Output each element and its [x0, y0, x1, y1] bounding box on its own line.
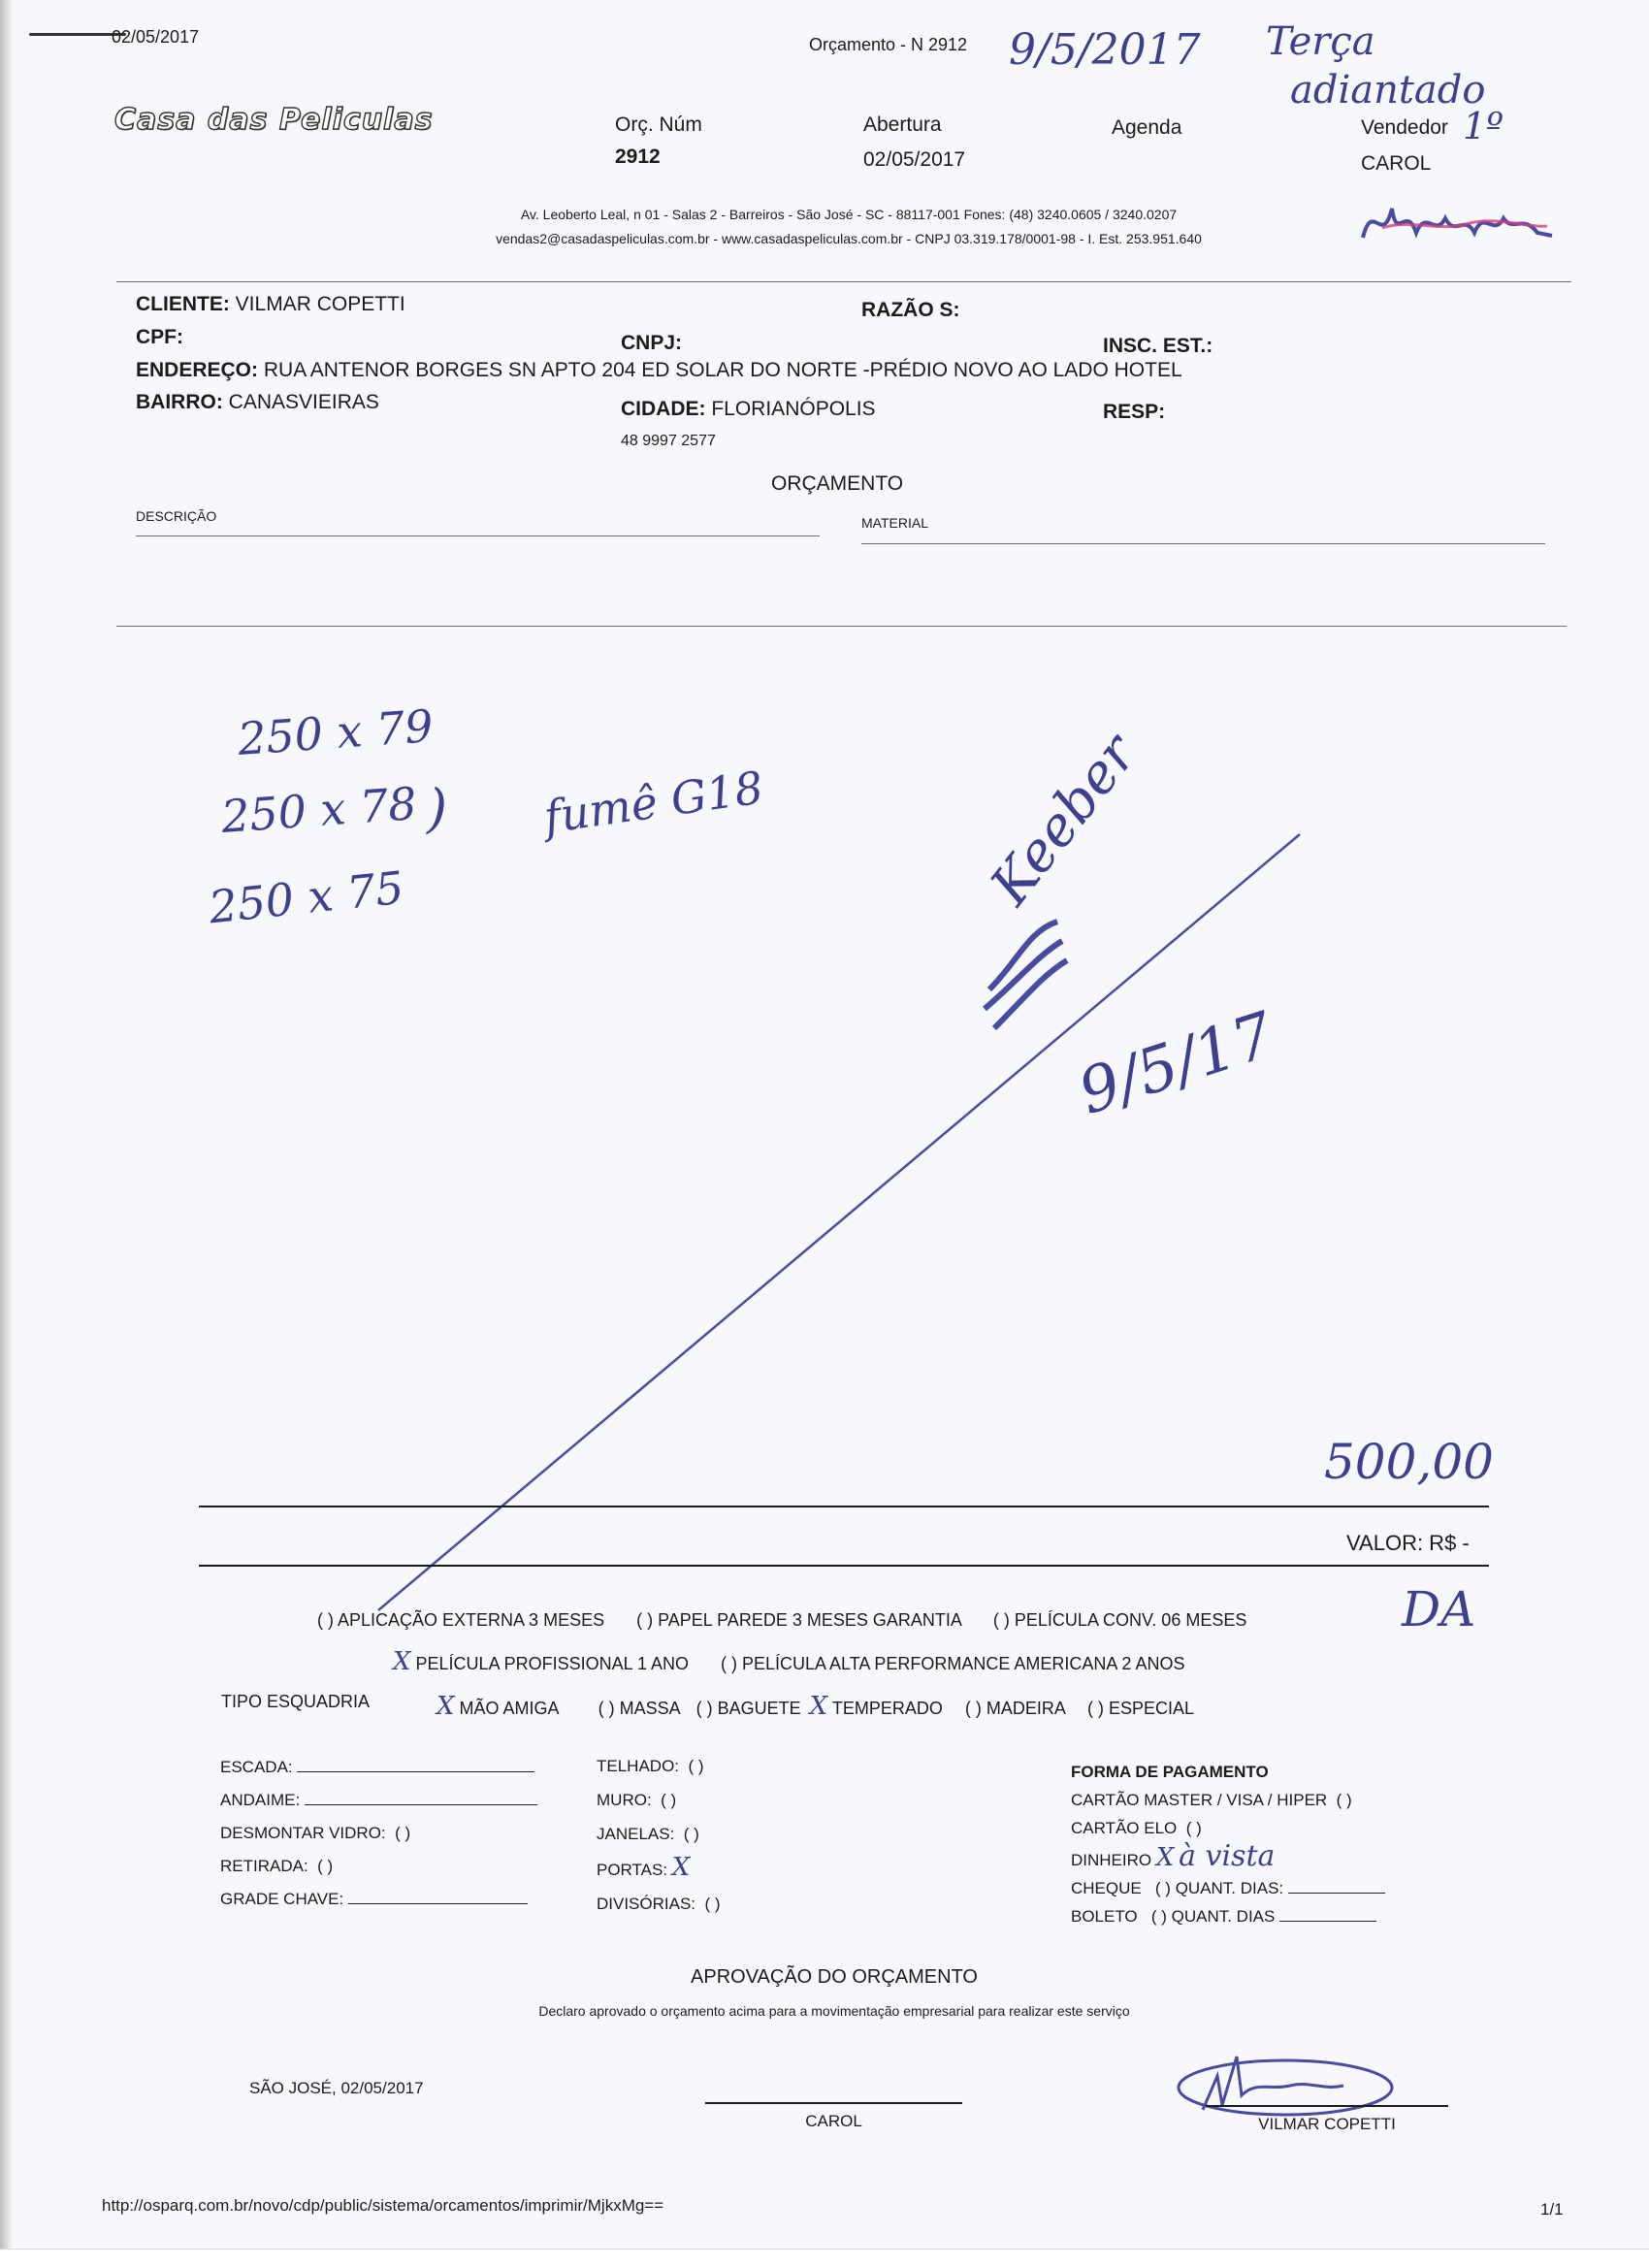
cidade-label: CIDADE: — [621, 398, 706, 420]
client-phone: 48 9997 2577 — [621, 433, 716, 450]
seller-signature-name: CAROL — [705, 2112, 962, 2131]
extras-mid: TELHADO: ( ) MURO: ( ) JANELAS: ( ) PORT… — [597, 1749, 721, 1921]
x-mark-icon: X — [1156, 1843, 1175, 1872]
warranty-row-1: ( ) APLICAÇÃO EXTERNA 3 MESES ( ) PAPEL … — [317, 1610, 1246, 1631]
company-contact: vendas2@casadaspeliculas.com.br - www.ca… — [388, 231, 1309, 246]
material-line — [861, 543, 1545, 544]
print-date: 02/05/2017 — [112, 27, 199, 48]
page-number: 1/1 — [1540, 2200, 1564, 2219]
divisorias-check[interactable]: DIVISÓRIAS: ( ) — [597, 1887, 721, 1921]
client-signature-line — [1206, 2105, 1448, 2107]
vendor-signature-icon — [1353, 189, 1567, 257]
escada-field[interactable]: ESCADA: — [220, 1751, 537, 1784]
place-date: SÃO JOSÉ, 02/05/2017 — [249, 2079, 424, 2098]
razao-label: RAZÃO S: — [861, 299, 960, 322]
cliente-label: CLIENTE: — [136, 293, 230, 315]
approval-title: APROVAÇÃO DO ORÇAMENTO — [0, 1966, 1649, 1989]
esquadria-label: TIPO ESQUADRIA — [221, 1692, 370, 1712]
bracket-mark: ) — [427, 778, 447, 839]
bairro-field: BAIRRO: CANASVIEIRAS — [136, 391, 379, 414]
andaime-field[interactable]: ANDAIME: — [220, 1784, 537, 1817]
abertura-label: Abertura — [863, 113, 942, 137]
payment-title: FORMA DE PAGAMENTO — [1071, 1758, 1385, 1786]
warranty-option[interactable]: ( ) PELÍCULA ALTA PERFORMANCE AMERICANA … — [721, 1654, 1184, 1673]
company-logo: Casa das Peliculas — [114, 103, 433, 137]
retirada-check[interactable]: RETIRADA: ( ) — [220, 1850, 537, 1883]
descricao-label: DESCRIÇÃO — [136, 508, 216, 524]
extras-left: ESCADA: ANDAIME: DESMONTAR VIDRO: ( ) RE… — [220, 1751, 537, 1916]
handwritten-film-note: fumê G18 — [540, 761, 766, 843]
grade-chave-field[interactable]: GRADE CHAVE: — [220, 1883, 537, 1916]
handwritten-date: 9/5/2017 — [1009, 25, 1201, 75]
handwritten-ordinal: 1º — [1463, 105, 1503, 147]
client-signature-name: VILMAR COPETTI — [1206, 2115, 1448, 2134]
payment-option[interactable]: CARTÃO MASTER / VISA / HIPER ( ) — [1071, 1786, 1385, 1814]
orc-num-value: 2912 — [615, 146, 661, 169]
warranty-option[interactable]: ( ) PELÍCULA CONV. 06 MESES — [993, 1610, 1246, 1630]
telhado-check[interactable]: TELHADO: ( ) — [597, 1749, 721, 1783]
esquadria-option-checked[interactable]: X MÃO AMIGA — [436, 1699, 559, 1718]
handwritten-measure-3: 250 x 75 — [207, 861, 406, 934]
payment-block: FORMA DE PAGAMENTO CARTÃO MASTER / VISA … — [1071, 1758, 1385, 1930]
cnpj-label: CNPJ: — [621, 332, 682, 355]
scan-edge-bottom — [0, 2249, 1649, 2268]
esquadria-option[interactable]: ( ) MADEIRA — [965, 1699, 1065, 1718]
orcamento-title: ORÇAMENTO — [771, 472, 903, 496]
diagonal-strike-line — [0, 0, 1649, 2268]
handwritten-note-2: adiantado — [1290, 68, 1485, 113]
seller-signature-line — [705, 2102, 962, 2104]
handwritten-measure-2: 250 x 78 — [219, 777, 418, 843]
warranty-option[interactable]: ( ) APLICAÇÃO EXTERNA 3 MESES — [317, 1610, 604, 1630]
x-mark-icon: X — [436, 1692, 455, 1721]
esquadria-options: X MÃO AMIGA ( ) MASSA ( ) BAGUETE X TEMP… — [436, 1692, 1194, 1721]
cpf-label: CPF: — [136, 326, 183, 349]
cliente-field: CLIENTE: VILMAR COPETTI — [136, 293, 405, 316]
esquadria-option[interactable]: ( ) MASSA — [598, 1699, 680, 1718]
warranty-row-2: X PELÍCULA PROFISSIONAL 1 ANO ( ) PELÍCU… — [393, 1647, 1184, 1676]
payment-handwritten-note: à vista — [1179, 1839, 1275, 1873]
scan-edge — [0, 0, 12, 2268]
bairro-label: BAIRRO: — [136, 391, 223, 413]
esquadria-option[interactable]: ( ) ESPECIAL — [1087, 1699, 1194, 1718]
approval-statement: Declaro aprovado o orçamento acima para … — [0, 2003, 1649, 2019]
valor-bottom-line — [199, 1565, 1489, 1567]
insc-label: INSC. EST.: — [1103, 335, 1212, 358]
endereco-label: ENDEREÇO: — [136, 359, 258, 381]
muro-check[interactable]: MURO: ( ) — [597, 1783, 721, 1817]
vendedor-value: CAROL — [1361, 152, 1431, 176]
esquadria-option-checked[interactable]: X TEMPERADO — [810, 1699, 943, 1718]
handwritten-total: 500,00 — [1324, 1434, 1494, 1490]
x-mark-icon: X — [672, 1853, 691, 1882]
bairro-value: CANASVIEIRAS — [229, 391, 379, 413]
payment-option-checked[interactable]: DINHEIRO X à vista — [1071, 1842, 1385, 1874]
handwritten-measure-1: 250 x 79 — [236, 699, 435, 765]
cidade-field: CIDADE: FLORIANÓPOLIS — [621, 398, 876, 421]
handwritten-installer-name: Keeber — [979, 724, 1149, 917]
warranty-option-checked[interactable]: X PELÍCULA PROFISSIONAL 1 ANO — [393, 1654, 689, 1673]
payment-option[interactable]: CARTÃO ELO ( ) — [1071, 1814, 1385, 1842]
orcamento-divider — [116, 626, 1567, 627]
resp-label: RESP: — [1103, 401, 1165, 424]
scribble-icon — [985, 922, 1067, 1028]
warranty-option[interactable]: ( ) PAPEL PAREDE 3 MESES GARANTIA — [636, 1610, 961, 1630]
client-signature-icon — [1164, 2037, 1416, 2124]
footer-url[interactable]: http://osparq.com.br/novo/cdp/public/sis… — [102, 2196, 663, 2216]
agenda-label: Agenda — [1112, 116, 1181, 140]
doc-title: Orçamento - N 2912 — [809, 35, 967, 55]
x-mark-icon: X — [393, 1647, 411, 1676]
portas-check[interactable]: PORTAS: X — [597, 1851, 721, 1887]
abertura-value: 02/05/2017 — [863, 148, 965, 172]
desmontar-vidro-check[interactable]: DESMONTAR VIDRO: ( ) — [220, 1817, 537, 1850]
orc-num-label: Orç. Núm — [615, 113, 702, 137]
valor-top-line — [199, 1506, 1489, 1507]
payment-option[interactable]: BOLETO ( ) QUANT. DIAS — [1071, 1902, 1385, 1930]
endereco-field: ENDEREÇO: RUA ANTENOR BORGES SN APTO 204… — [136, 359, 1182, 382]
handwritten-install-date: 9/5/17 — [1071, 999, 1283, 1129]
handwritten-initials: DA — [1402, 1581, 1475, 1637]
descricao-line — [136, 535, 820, 536]
header-divider — [116, 281, 1571, 282]
material-label: MATERIAL — [861, 515, 928, 531]
handwritten-note-1: Terça — [1266, 19, 1375, 64]
endereco-value: RUA ANTENOR BORGES SN APTO 204 ED SOLAR … — [264, 359, 1182, 381]
company-address: Av. Leoberto Leal, n 01 - Salas 2 - Barr… — [388, 207, 1309, 222]
valor-label: VALOR: R$ - — [1346, 1531, 1470, 1556]
cliente-value: VILMAR COPETTI — [236, 293, 405, 315]
x-mark-icon: X — [810, 1692, 828, 1721]
vendedor-label: Vendedor — [1361, 116, 1448, 140]
cidade-value: FLORIANÓPOLIS — [711, 398, 875, 420]
esquadria-option[interactable]: ( ) BAGUETE — [696, 1699, 801, 1718]
janelas-check[interactable]: JANELAS: ( ) — [597, 1817, 721, 1851]
payment-option[interactable]: CHEQUE ( ) QUANT. DIAS: — [1071, 1874, 1385, 1902]
